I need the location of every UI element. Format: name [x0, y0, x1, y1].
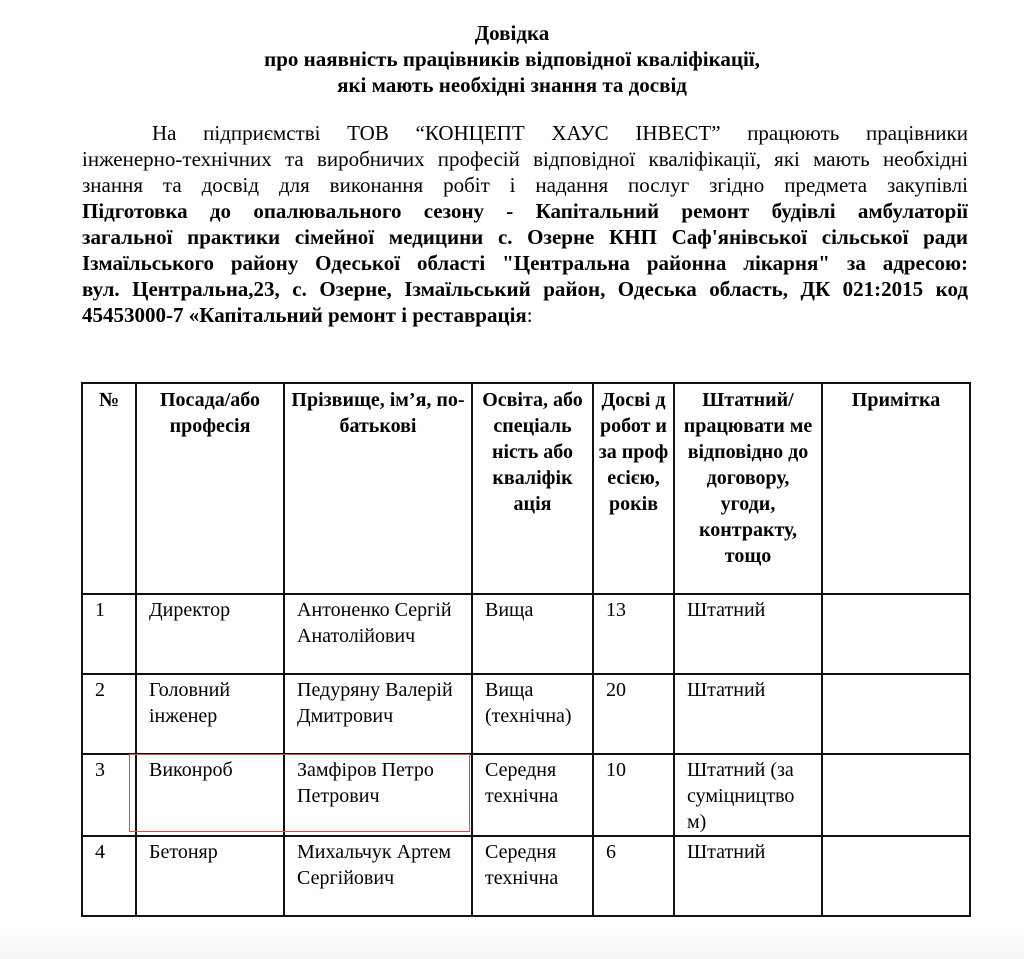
- intro-line-bold: Підготовка до опалювального сезону - Кап…: [82, 198, 968, 224]
- staff-table: № Посада/або професія Прізвище, ім’я, по…: [81, 382, 971, 917]
- cell-note: [822, 836, 970, 916]
- title-line-1: Довідка: [0, 20, 1024, 46]
- intro-line-bold: 45453000-7 «Капітальний ремонт і реставр…: [82, 303, 527, 327]
- intro-line-suffix: :: [527, 303, 533, 327]
- intro-paragraph: На підприємстві ТОВ “КОНЦЕПТ ХАУС ІНВЕСТ…: [82, 120, 968, 328]
- title-line-2: про наявність працівників відповідної кв…: [0, 46, 1024, 72]
- cell-position: Головний інженер: [136, 674, 284, 754]
- intro-line-bold: загальної практики сімейної медицини с. …: [82, 224, 968, 250]
- cell-education: Середня технічна: [472, 836, 593, 916]
- cell-employment: Штатний (за суміцництво м): [674, 754, 822, 836]
- table-row: 2 Головний інженер Педуряну Валерій Дмит…: [82, 674, 970, 754]
- table-row: 4 Бетоняр Михальчук Артем Сергійович Сер…: [82, 836, 970, 916]
- cell-full-name: Замфіров Петро Петрович: [284, 754, 472, 836]
- header-number: №: [82, 383, 136, 594]
- cell-employment: Штатний: [674, 594, 822, 674]
- header-note: Примітка: [822, 383, 970, 594]
- header-employment: Штатний/ працювати ме відповідно до дого…: [674, 383, 822, 594]
- cell-experience: 20: [593, 674, 674, 754]
- cell-position: Виконроб: [136, 754, 284, 836]
- cell-number: 1: [82, 594, 136, 674]
- table-row: 3 Виконроб Замфіров Петро Петрович Серед…: [82, 754, 970, 836]
- cell-employment: Штатний: [674, 674, 822, 754]
- intro-line: знання та досвід для виконання робіт і н…: [82, 172, 968, 198]
- intro-line-bold: Ізмаїльського району Одеської області "Ц…: [82, 250, 968, 276]
- cell-position: Бетоняр: [136, 836, 284, 916]
- table-header-row: № Посада/або професія Прізвище, ім’я, по…: [82, 383, 970, 594]
- cell-experience: 13: [593, 594, 674, 674]
- header-full-name: Прізвище, ім’я, по-батькові: [284, 383, 472, 594]
- cell-number: 2: [82, 674, 136, 754]
- cell-full-name: Антоненко Сергій Анатолійович: [284, 594, 472, 674]
- title-line-3: які мають необхідні знання та досвід: [0, 72, 1024, 98]
- cell-note: [822, 594, 970, 674]
- cell-experience: 6: [593, 836, 674, 916]
- cell-full-name: Михальчук Артем Сергійович: [284, 836, 472, 916]
- cell-full-name: Педуряну Валерій Дмитрович: [284, 674, 472, 754]
- cell-education: Вища: [472, 594, 593, 674]
- document-title: Довідка про наявність працівників відпов…: [0, 20, 1024, 98]
- intro-line-bold: вул. Центральна,23, с. Озерне, Ізмаїльсь…: [82, 276, 968, 302]
- page-bottom-shadow: [0, 925, 1024, 959]
- cell-education: Вища (технічна): [472, 674, 593, 754]
- cell-note: [822, 674, 970, 754]
- header-education: Освіта, або спеціаль ність або кваліфік …: [472, 383, 593, 594]
- cell-number: 3: [82, 754, 136, 836]
- cell-employment: Штатний: [674, 836, 822, 916]
- intro-line: На підприємстві ТОВ “КОНЦЕПТ ХАУС ІНВЕСТ…: [82, 120, 968, 146]
- header-experience: Досві д робот и за проф есією, років: [593, 383, 674, 594]
- cell-note: [822, 754, 970, 836]
- cell-education: Середня технічна: [472, 754, 593, 836]
- intro-line: інженерно-технічних та виробничих профес…: [82, 146, 968, 172]
- cell-experience: 10: [593, 754, 674, 836]
- header-position: Посада/або професія: [136, 383, 284, 594]
- cell-position: Директор: [136, 594, 284, 674]
- intro-line-last: 45453000-7 «Капітальний ремонт і реставр…: [82, 302, 968, 328]
- table-row: 1 Директор Антоненко Сергій Анатолійович…: [82, 594, 970, 674]
- cell-number: 4: [82, 836, 136, 916]
